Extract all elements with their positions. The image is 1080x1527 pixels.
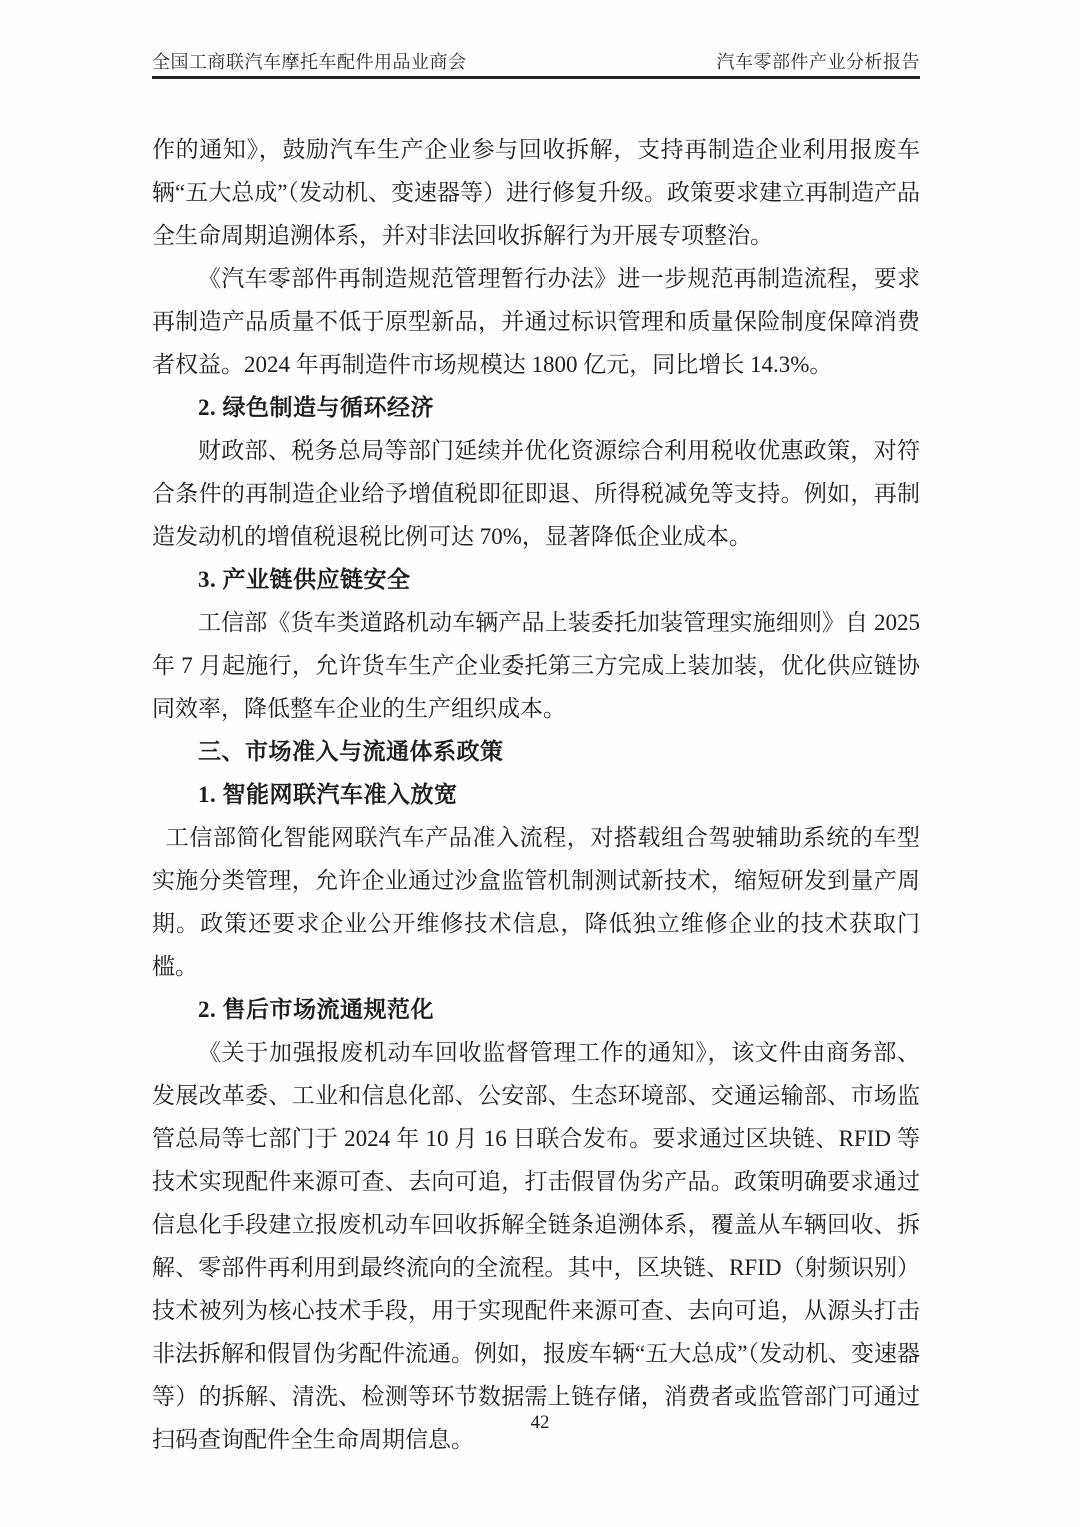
header-left-title: 全国工商联汽车摩托车配件用品业商会 bbox=[152, 48, 467, 74]
paragraph: 工信部《货车类道路机动车辆产品上装委托加装管理实施细则》自 2025 年 7 月… bbox=[152, 601, 920, 730]
header-right-title: 汽车零部件产业分析报告 bbox=[717, 48, 921, 74]
section-heading: 2. 绿色制造与循环经济 bbox=[152, 386, 920, 429]
section-heading: 三、市场准入与流通体系政策 bbox=[152, 730, 920, 773]
section-heading: 2. 售后市场流通规范化 bbox=[152, 988, 920, 1031]
paragraph: 《关于加强报废机动车回收监督管理工作的通知》，该文件由商务部、发展改革委、工业和… bbox=[152, 1031, 920, 1461]
page-header: 全国工商联汽车摩托车配件用品业商会 汽车零部件产业分析报告 bbox=[152, 48, 920, 74]
document-body: 作的通知》，鼓励汽车生产企业参与回收拆解，支持再制造企业利用报废车辆“五大总成”… bbox=[152, 128, 920, 1461]
paragraph: 作的通知》，鼓励汽车生产企业参与回收拆解，支持再制造企业利用报废车辆“五大总成”… bbox=[152, 128, 920, 257]
page-footer: 42 bbox=[0, 1412, 1080, 1434]
paragraph: 财政部、税务总局等部门延续并优化资源综合利用税收优惠政策，对符合条件的再制造企业… bbox=[152, 429, 920, 558]
section-heading: 1. 智能网联汽车准入放宽 bbox=[152, 773, 920, 816]
page-number: 42 bbox=[531, 1412, 550, 1433]
header-rule bbox=[152, 76, 920, 79]
document-page: 全国工商联汽车摩托车配件用品业商会 汽车零部件产业分析报告 作的通知》，鼓励汽车… bbox=[0, 0, 1080, 1527]
paragraph: 《汽车零部件再制造规范管理暂行办法》进一步规范再制造流程，要求再制造产品质量不低… bbox=[152, 257, 920, 386]
section-heading: 3. 产业链供应链安全 bbox=[152, 558, 920, 601]
paragraph: 工信部简化智能网联汽车产品准入流程，对搭载组合驾驶辅助系统的车型实施分类管理，允… bbox=[152, 816, 920, 988]
